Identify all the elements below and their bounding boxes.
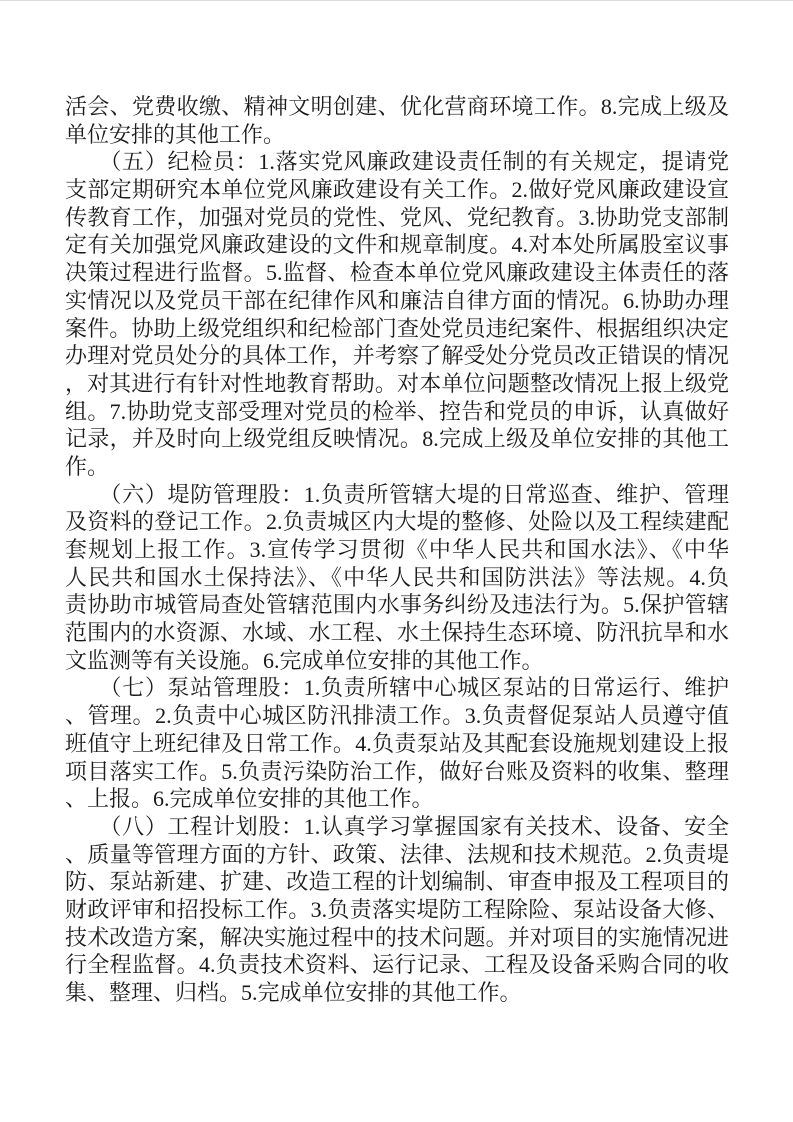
text-line: （六）堤防管理股：1.负责所管辖大堤的日常巡查、维护、管理 xyxy=(65,481,729,509)
paragraph: （六）堤防管理股：1.负责所管辖大堤的日常巡查、维护、管理及资料的登记工作。2.… xyxy=(65,481,729,675)
text-line: 、质量等管理方面的方针、政策、法律、法规和技术规范。2.负责堤 xyxy=(65,841,729,869)
paragraph: 活会、党费收缴、精神文明创建、优化营商环境工作。8.完成上级及单位安排的其他工作… xyxy=(65,93,729,148)
text-line: 套规划上报工作。3.宣传学习贯彻《中华人民共和国水法》、《中华 xyxy=(65,536,729,564)
document-page: 活会、党费收缴、精神文明创建、优化营商环境工作。8.完成上级及单位安排的其他工作… xyxy=(0,0,793,1122)
text-line: 防、泵站新建、扩建、改造工程的计划编制、审查申报及工程项目的 xyxy=(65,868,729,896)
paragraph: （七）泵站管理股：1.负责所辖中心城区泵站的日常运行、维护、管理。2.负责中心城… xyxy=(65,674,729,812)
text-line: 记录，并及时向上级党组反映情况。8.完成上级及单位安排的其他工 xyxy=(65,425,729,453)
paragraph: （五）纪检员：1.落实党风廉政建设责任制的有关规定，提请党支部定期研究本单位党风… xyxy=(65,148,729,480)
text-line: 技术改造方案，解决实施过程中的技术问题。并对项目的实施情况进 xyxy=(65,924,729,952)
text-line: 定有关加强党风廉政建设的文件和规章制度。4.对本处所属股室议事 xyxy=(65,231,729,259)
text-line: 单位安排的其他工作。 xyxy=(65,121,729,149)
text-line: 活会、党费收缴、精神文明创建、优化营商环境工作。8.完成上级及 xyxy=(65,93,729,121)
document-text: 活会、党费收缴、精神文明创建、优化营商环境工作。8.完成上级及单位安排的其他工作… xyxy=(65,93,729,1007)
text-line: 决策过程进行监督。5.监督、检查本单位党风廉政建设主体责任的落 xyxy=(65,259,729,287)
text-line: 责协助市城管局查处管辖范围内水事务纠纷及违法行为。5.保护管辖 xyxy=(65,591,729,619)
text-line: 办理对党员处分的具体工作，并考察了解受处分党员改正错误的情况 xyxy=(65,342,729,370)
text-line: ，对其进行有针对性地教育帮助。对本单位问题整改情况上报上级党 xyxy=(65,370,729,398)
text-line: 、管理。2.负责中心城区防汛排渍工作。3.负责督促泵站人员遵守值 xyxy=(65,702,729,730)
text-line: （七）泵站管理股：1.负责所辖中心城区泵站的日常运行、维护 xyxy=(65,674,729,702)
text-line: 班值守上班纪律及日常工作。4.负责泵站及其配套设施规划建设上报 xyxy=(65,730,729,758)
text-line: 行全程监督。4.负责技术资料、运行记录、工程及设备采购合同的收 xyxy=(65,951,729,979)
text-line: 财政评审和招投标工作。3.负责落实堤防工程除险、泵站设备大修、 xyxy=(65,896,729,924)
text-line: 及资料的登记工作。2.负责城区内大堤的整修、处险以及工程续建配 xyxy=(65,508,729,536)
text-line: 人民共和国水土保持法》、《中华人民共和国防洪法》等法规。4.负 xyxy=(65,564,729,592)
text-line: 范围内的水资源、水域、水工程、水土保持生态环境、防汛抗旱和水 xyxy=(65,619,729,647)
text-line: （五）纪检员：1.落实党风廉政建设责任制的有关规定，提请党 xyxy=(65,148,729,176)
text-line: 案件。协助上级党组织和纪检部门查处党员违纪案件、根据组织决定 xyxy=(65,315,729,343)
text-line: 项目落实工作。5.负责污染防治工作，做好台账及资料的收集、整理 xyxy=(65,758,729,786)
text-line: 、上报。6.完成单位安排的其他工作。 xyxy=(65,785,729,813)
text-line: 支部定期研究本单位党风廉政建设有关工作。2.做好党风廉政建设宣 xyxy=(65,176,729,204)
text-line: 传教育工作，加强对党员的党性、党风、党纪教育。3.协助党支部制 xyxy=(65,204,729,232)
text-line: 实情况以及党员干部在纪律作风和廉洁自律方面的情况。6.协助办理 xyxy=(65,287,729,315)
paragraph: （八）工程计划股：1.认真学习掌握国家有关技术、设备、安全、质量等管理方面的方针… xyxy=(65,813,729,1007)
text-line: 文监测等有关设施。6.完成单位安排的其他工作。 xyxy=(65,647,729,675)
text-line: 作。 xyxy=(65,453,729,481)
text-line: 集、整理、归档。5.完成单位安排的其他工作。 xyxy=(65,979,729,1007)
text-line: 组。7.协助党支部受理对党员的检举、控告和党员的申诉，认真做好 xyxy=(65,398,729,426)
text-line: （八）工程计划股：1.认真学习掌握国家有关技术、设备、安全 xyxy=(65,813,729,841)
